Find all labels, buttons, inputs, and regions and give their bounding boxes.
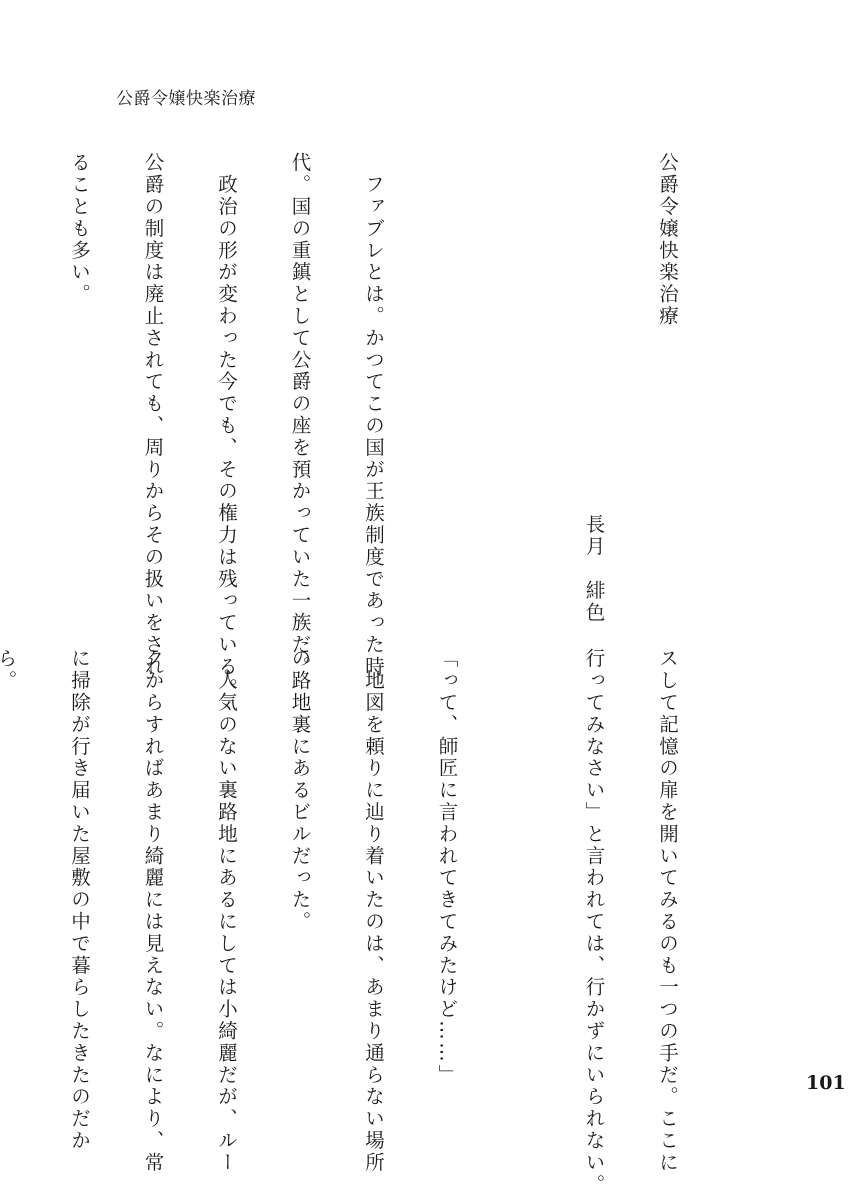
paragraph-line: 「って、師匠に言われてきてみたけど……」 <box>434 648 459 1108</box>
running-head: 公爵令嬢快楽治療 <box>116 84 256 109</box>
paragraph-line: 公爵の制度は廃止されても、周りからその扱いをされ <box>140 152 165 622</box>
paragraph-line: スして記憶の扉を開いてみるのも一つの手だ。ここに <box>655 648 680 1108</box>
paragraph-line: ら。 <box>0 648 18 1108</box>
author-name: 長月 緋色 <box>581 152 606 622</box>
paragraph-line: ることも多い。 <box>67 152 92 622</box>
top-tier-text: 公爵令嬢快楽治療 長月 緋色 ファブレとは。かつてこの国が王族制度であった時 代… <box>0 152 728 622</box>
spacer-column <box>434 152 459 622</box>
bottom-tier-text: スして記憶の扉を開いてみるのも一つの手だ。ここに 行ってみなさい」と言われては、… <box>0 648 728 1108</box>
spacer-column <box>508 152 533 622</box>
paragraph-line: 代。国の重鎮として公爵の座を預かっていた一族だ。 <box>287 152 312 622</box>
paragraph-line: ファブレとは。かつてこの国が王族制度であった時 <box>361 152 386 622</box>
paragraph-line: に掃除が行き届いた屋敷の中で暮らしたきたのだか <box>67 648 92 1108</box>
paragraph-line: 行ってみなさい」と言われては、行かずにいられない。 <box>581 648 606 1108</box>
blank-line <box>508 648 533 1108</box>
story-title: 公爵令嬢快楽治療 <box>655 152 680 622</box>
paragraph-line: 人気のない裏路地にあるにしては小綺麗だが、ルー <box>214 648 239 1108</box>
paragraph-line: 政治の形が変わった今でも、その権力は残っている。 <box>214 152 239 622</box>
blank-line <box>0 152 18 622</box>
paragraph-line: クからすればあまり綺麗には見えない。なにより、常 <box>140 648 165 1108</box>
paragraph-line: の路地裏にあるビルだった。 <box>287 648 312 1108</box>
paragraph-line: 地図を頼りに辿り着いたのは、あまり通らない場所 <box>361 648 386 1108</box>
page-number: 101 <box>806 1072 846 1094</box>
